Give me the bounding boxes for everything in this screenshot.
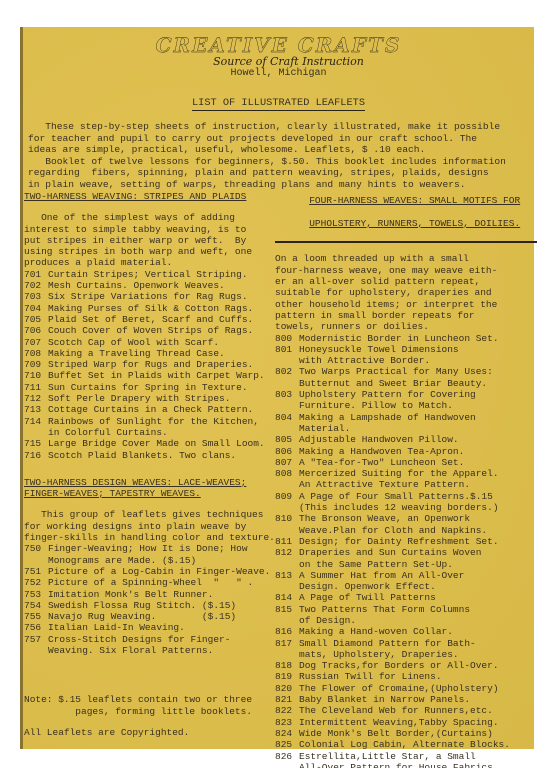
leaflet-item: 800Modernistic Border in Luncheon Set.: [275, 333, 537, 344]
leaflet-title: Intermittent Weaving,Tabby Spacing.: [299, 717, 499, 728]
leaflet-number: 813: [275, 570, 299, 593]
leaflet-number: 753: [24, 589, 48, 600]
leaflet-title: Couch Cover of Woven Strips of Rags.: [48, 325, 253, 336]
leaflet-title: Making a Hand-woven Collar.: [299, 626, 453, 637]
leaflet-item: 825Colonial Log Cabin, Alternate Blocks.: [275, 739, 537, 750]
left-column: TWO-HARNESS WEAVING: STRIPES AND PLAIDS …: [24, 191, 286, 738]
leaflet-title: The Bronson Weave, an Openwork Weave.Pla…: [299, 513, 487, 536]
leaflet-list-two-harness: 701Curtain Stripes; Vertical Striping.70…: [24, 269, 286, 461]
leaflet-title: Italian Laid-In Weaving.: [48, 622, 185, 633]
list-title-text: LIST OF ILLUSTRATED LEAFLETS: [192, 97, 365, 111]
leaflet-number: 752: [24, 577, 48, 588]
leaflet-item: 757Cross-Stitch Designs for Finger- Weav…: [24, 634, 286, 657]
leaflet-item: 754Swedish Flossa Rug Stitch. ($.15): [24, 600, 286, 611]
leaflet-item: 813A Summer Hat from An All-Over Design.…: [275, 570, 537, 593]
leaflet-number: 812: [275, 547, 299, 570]
brand-tagline: Source of Craft Instruction: [43, 55, 534, 68]
section-heading-four-harness: FOUR-HARNESS WEAVES: SMALL MOTIFS FOR UP…: [275, 184, 537, 243]
leaflet-title: Mesh Curtains. Openwork Weaves.: [48, 280, 225, 291]
leaflet-number: 821: [275, 694, 299, 705]
leaflet-number: 710: [24, 370, 48, 381]
section-intro-four-harness: On a loom threaded up with a small four-…: [275, 253, 537, 332]
right-column: FOUR-HARNESS WEAVES: SMALL MOTIFS FOR UP…: [275, 184, 537, 768]
leaflet-item: 818Dog Tracks,for Borders or All-Over.: [275, 660, 537, 671]
leaflet-number: 716: [24, 450, 48, 461]
leaflet-title: Wide Monk's Belt Border,(Curtains): [299, 728, 493, 739]
leaflet-title: Design; for Dainty Refreshment Set.: [299, 536, 499, 547]
leaflet-title: Making a Handwoven Tea-Apron.: [299, 446, 464, 457]
section-intro-two-harness: One of the simplest ways of adding inter…: [24, 212, 286, 268]
leaflet-number: 754: [24, 600, 48, 611]
leaflet-item: 822The Cleveland Web for Runners,etc.: [275, 705, 537, 716]
leaflet-title: Rainbows of Sunlight for the Kitchen, in…: [48, 416, 259, 439]
leaflet-title: Colonial Log Cabin, Alternate Blocks.: [299, 739, 510, 750]
leaflet-title: Upholstery Pattern for Covering Furnitur…: [299, 389, 476, 412]
leaflet-item: 802Two Warps Practical for Many Uses: Bu…: [275, 366, 537, 389]
leaflet-number: 705: [24, 314, 48, 325]
leaflet-item: 714Rainbows of Sunlight for the Kitchen,…: [24, 416, 286, 439]
leaflet-item: 703Six Stripe Variations for Rag Rugs.: [24, 291, 286, 302]
leaflet-item: 815Two Patterns That Form Columns of Des…: [275, 604, 537, 627]
leaflet-item: 756Italian Laid-In Weaving.: [24, 622, 286, 633]
leaflet-number: 750: [24, 543, 48, 566]
leaflet-number: 819: [275, 671, 299, 682]
leaflet-title: Sun Curtains for Spring in Texture.: [48, 382, 248, 393]
leaflet-number: 824: [275, 728, 299, 739]
leaflet-title: Navajo Rug Weaving. ($.15): [48, 611, 236, 622]
leaflet-item: 702Mesh Curtains. Openwork Weaves.: [24, 280, 286, 291]
leaflet-item: 752Picture of a Spinning-Wheel " " .: [24, 577, 286, 588]
leaflet-title: Baby Blanket in Narrow Panels.: [299, 694, 470, 705]
leaflet-item: 753Imitation Monk's Belt Runner.: [24, 589, 286, 600]
leaflet-title: Two Patterns That Form Columns of Design…: [299, 604, 470, 627]
leaflet-title: Making a Lampshade of Handwoven Material…: [299, 412, 476, 435]
leaflet-item: 807A "Tea-for-Two" Luncheon Set.: [275, 457, 537, 468]
leaflet-item: 755Navajo Rug Weaving. ($.15): [24, 611, 286, 622]
leaflet-number: 817: [275, 638, 299, 661]
leaflet-item: 816Making a Hand-woven Collar.: [275, 626, 537, 637]
leaflet-number: 757: [24, 634, 48, 657]
leaflet-item: 711Sun Curtains for Spring in Texture.: [24, 382, 286, 393]
leaflet-title: Soft Perle Drapery with Stripes.: [48, 393, 230, 404]
leaflet-item: 823Intermittent Weaving,Tabby Spacing.: [275, 717, 537, 728]
leaflet-item: 701Curtain Stripes; Vertical Striping.: [24, 269, 286, 280]
leaflet-title: Two Warps Practical for Many Uses: Butte…: [299, 366, 493, 389]
leaflet-title: Mercerized Suiting for the Apparel. An A…: [299, 468, 499, 491]
leaflet-title: Making a Traveling Thread Case.: [48, 348, 225, 359]
leaflet-number: 806: [275, 446, 299, 457]
leaflet-title: Adjustable Handwoven Pillow.: [299, 434, 459, 445]
leaflet-title: A Page of Four Small Patterns.$.15 (This…: [299, 491, 499, 514]
leaflet-number: 706: [24, 325, 48, 336]
leaflet-number: 804: [275, 412, 299, 435]
leaflet-number: 703: [24, 291, 48, 302]
leaflet-list-four-harness: 800Modernistic Border in Luncheon Set.80…: [275, 333, 537, 768]
leaflet-number: 820: [275, 683, 299, 694]
leaflet-number: 800: [275, 333, 299, 344]
leaflet-number: 805: [275, 434, 299, 445]
leaflet-list-design-weaves: 750Finger-Weaving; How It is Done; How M…: [24, 543, 286, 656]
leaflet-title: Scotch Cap of Wool with Scarf.: [48, 337, 219, 348]
leaflet-number: 707: [24, 337, 48, 348]
leaflet-number: 713: [24, 404, 48, 415]
leaflet-title: Buffet Set in Plaids with Carpet Warp.: [48, 370, 265, 381]
brand-location: Howell, Michigan: [23, 68, 534, 79]
heading-line-2: UPHOLSTERY, RUNNERS, TOWELS, DOILIES.: [309, 218, 520, 229]
leaflet-number: 751: [24, 566, 48, 577]
leaflet-item: 821Baby Blanket in Narrow Panels.: [275, 694, 537, 705]
section-heading-design-weaves: TWO-HARNESS DESIGN WEAVES: LACE-WEAVES; …: [24, 477, 286, 500]
leaflet-item: 806Making a Handwoven Tea-Apron.: [275, 446, 537, 457]
section-intro-design-weaves: This group of leaflets gives techniques …: [24, 509, 286, 543]
leaflet-item: 820The Flower of Cromaine,(Upholstery): [275, 683, 537, 694]
leaflet-number: 808: [275, 468, 299, 491]
leaflet-number: 822: [275, 705, 299, 716]
leaflet-item: 811Design; for Dainty Refreshment Set.: [275, 536, 537, 547]
leaflet-title: Dog Tracks,for Borders or All-Over.: [299, 660, 499, 671]
leaflet-number: 708: [24, 348, 48, 359]
leaflet-item: 713Cottage Curtains in a Check Pattern.: [24, 404, 286, 415]
leaflet-item: 819Russian Twill for Linens.: [275, 671, 537, 682]
leaflet-number: 715: [24, 438, 48, 449]
leaflet-title: Curtain Stripes; Vertical Striping.: [48, 269, 248, 280]
leaflet-item: 808Mercerized Suiting for the Apparel. A…: [275, 468, 537, 491]
leaflet-title: The Cleveland Web for Runners,etc.: [299, 705, 493, 716]
leaflet-title: Modernistic Border in Luncheon Set.: [299, 333, 499, 344]
leaflet-title: Small Diamond Pattern for Bath- mats, Up…: [299, 638, 476, 661]
leaflet-item: 826Estrellita,Little Star, a Small All-O…: [275, 751, 537, 768]
leaflet-number: 816: [275, 626, 299, 637]
leaflet-number: 807: [275, 457, 299, 468]
leaflet-document-page: CREATIVE CRAFTS Source of Craft Instruct…: [20, 27, 534, 749]
leaflet-title: Draperies and Sun Curtains Woven on the …: [299, 547, 481, 570]
leaflet-number: 704: [24, 303, 48, 314]
leaflet-item: 801Honeysuckle Towel Dimensions with Att…: [275, 344, 537, 367]
leaflet-number: 825: [275, 739, 299, 750]
heading-line-1: FOUR-HARNESS WEAVES: SMALL MOTIFS FOR: [309, 195, 520, 206]
leaflet-number: 755: [24, 611, 48, 622]
list-title: LIST OF ILLUSTRATED LEAFLETS: [23, 97, 534, 109]
leaflet-title: Striped Warp for Rugs and Draperies.: [48, 359, 253, 370]
leaflet-number: 801: [275, 344, 299, 367]
leaflet-number: 809: [275, 491, 299, 514]
leaflet-title: Six Stripe Variations for Rag Rugs.: [48, 291, 248, 302]
leaflet-title: Making Purses of Silk & Cotton Rags.: [48, 303, 253, 314]
section-heading-two-harness: TWO-HARNESS WEAVING: STRIPES AND PLAIDS: [24, 191, 286, 202]
leaflet-number: 701: [24, 269, 48, 280]
leaflet-item: 716Scotch Plaid Blankets. Two clans.: [24, 450, 286, 461]
leaflet-item: 750Finger-Weaving; How It is Done; How M…: [24, 543, 286, 566]
leaflet-number: 702: [24, 280, 48, 291]
leaflet-number: 815: [275, 604, 299, 627]
leaflet-title: Scotch Plaid Blankets. Two clans.: [48, 450, 236, 461]
leaflet-item: 824Wide Monk's Belt Border,(Curtains): [275, 728, 537, 739]
leaflet-item: 710Buffet Set in Plaids with Carpet Warp…: [24, 370, 286, 381]
copyright-notice: All Leaflets are Copyrighted.: [24, 727, 286, 738]
leaflet-title: A Summer Hat from An All-Over Design. Op…: [299, 570, 464, 593]
leaflet-number: 803: [275, 389, 299, 412]
leaflet-number: 811: [275, 536, 299, 547]
leaflet-item: 707Scotch Cap of Wool with Scarf.: [24, 337, 286, 348]
leaflet-title: Large Bridge Cover Made on Small Loom.: [48, 438, 265, 449]
leaflet-title: Plaid Set of Beret, Scarf and Cuffs.: [48, 314, 253, 325]
leaflet-title: Swedish Flossa Rug Stitch. ($.15): [48, 600, 236, 611]
leaflet-item: 803Upholstery Pattern for Covering Furni…: [275, 389, 537, 412]
leaflet-title: Honeysuckle Towel Dimensions with Attrac…: [299, 344, 459, 367]
leaflet-item: 804Making a Lampshade of Handwoven Mater…: [275, 412, 537, 435]
leaflet-item: 706Couch Cover of Woven Strips of Rags.: [24, 325, 286, 336]
leaflet-item: 812Draperies and Sun Curtains Woven on t…: [275, 547, 537, 570]
leaflet-item: 810The Bronson Weave, an Openwork Weave.…: [275, 513, 537, 536]
leaflet-number: 810: [275, 513, 299, 536]
leaflet-item: 715Large Bridge Cover Made on Small Loom…: [24, 438, 286, 449]
leaflet-item: 809A Page of Four Small Patterns.$.15 (T…: [275, 491, 537, 514]
leaflet-number: 711: [24, 382, 48, 393]
leaflet-title: The Flower of Cromaine,(Upholstery): [299, 683, 499, 694]
leaflet-number: 826: [275, 751, 299, 768]
leaflet-item: 709Striped Warp for Rugs and Draperies.: [24, 359, 286, 370]
leaflet-title: Russian Twill for Linens.: [299, 671, 442, 682]
leaflet-number: 714: [24, 416, 48, 439]
leaflet-item: 817Small Diamond Pattern for Bath- mats,…: [275, 638, 537, 661]
leaflet-item: 805Adjustable Handwoven Pillow.: [275, 434, 537, 445]
leaflet-title: Picture of a Log-Cabin in Finger-Weave.: [48, 566, 270, 577]
leaflet-title: A Page of Twill Patterns: [299, 592, 436, 603]
intro-paragraph: These step-by-step sheets of instruction…: [28, 121, 533, 190]
leaflet-title: Cross-Stitch Designs for Finger- Weaving…: [48, 634, 230, 657]
leaflet-number: 709: [24, 359, 48, 370]
leaflet-item: 751Picture of a Log-Cabin in Finger-Weav…: [24, 566, 286, 577]
leaflet-number: 712: [24, 393, 48, 404]
brand-name: CREATIVE CRAFTS: [23, 33, 534, 57]
leaflet-title: Cottage Curtains in a Check Pattern.: [48, 404, 253, 415]
leaflet-item: 704Making Purses of Silk & Cotton Rags.: [24, 303, 286, 314]
leaflet-number: 823: [275, 717, 299, 728]
leaflet-title: Estrellita,Little Star, a Small All-Over…: [299, 751, 499, 768]
leaflet-number: 802: [275, 366, 299, 389]
leaflet-item: 712Soft Perle Drapery with Stripes.: [24, 393, 286, 404]
leaflet-number: 814: [275, 592, 299, 603]
footer-note: Note: $.15 leaflets contain two or three…: [24, 694, 286, 717]
leaflet-title: A "Tea-for-Two" Luncheon Set.: [299, 457, 464, 468]
leaflet-number: 756: [24, 622, 48, 633]
leaflet-item: 708Making a Traveling Thread Case.: [24, 348, 286, 359]
leaflet-title: Picture of a Spinning-Wheel " " .: [48, 577, 253, 588]
letterhead: CREATIVE CRAFTS Source of Craft Instruct…: [23, 33, 534, 79]
leaflet-item: 814A Page of Twill Patterns: [275, 592, 537, 603]
leaflet-title: Finger-Weaving; How It is Done; How Mono…: [48, 543, 248, 566]
leaflet-title: Imitation Monk's Belt Runner.: [48, 589, 213, 600]
leaflet-number: 818: [275, 660, 299, 671]
leaflet-item: 705Plaid Set of Beret, Scarf and Cuffs.: [24, 314, 286, 325]
